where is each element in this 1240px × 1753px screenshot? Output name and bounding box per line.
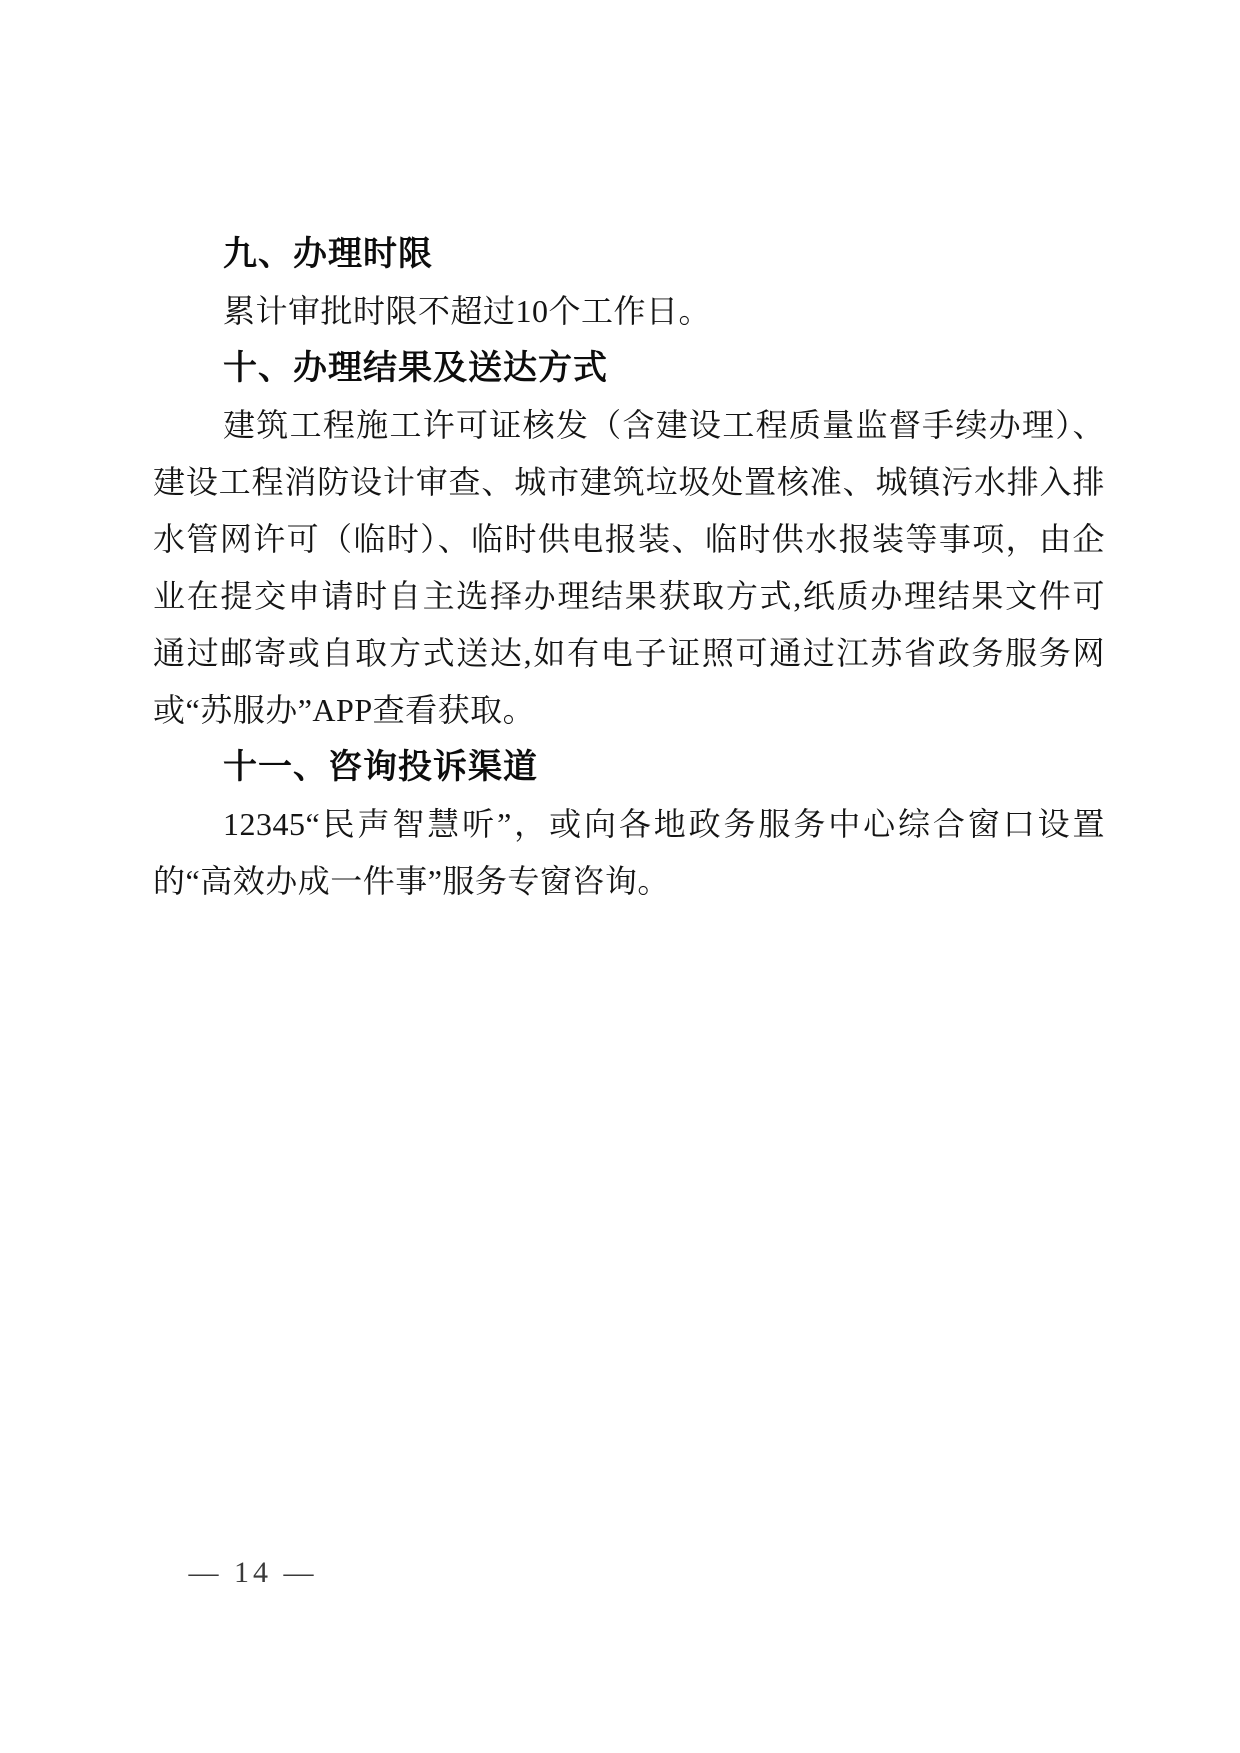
section-heading-11-consult-complaint: 十一、咨询投诉渠道 (153, 739, 1105, 796)
document-page: 九、办理时限 累计审批时限不超过10个工作日。 十、办理结果及送达方式 建筑工程… (0, 0, 1240, 1753)
paragraph-line: 建设工程消防设计审查、城市建筑垃圾处置核准、城镇污水排入排 (153, 454, 1105, 511)
paragraph-line: 业在提交申请时自主选择办理结果获取方式,纸质办理结果文件可 (153, 568, 1105, 625)
paragraph-line: 累计审批时限不超过10个工作日。 (153, 283, 1105, 340)
paragraph-line: 的“高效办成一件事”服务专窗咨询。 (153, 853, 1105, 910)
paragraph-line: 建筑工程施工许可证核发（含建设工程质量监督手续办理）、 (153, 397, 1105, 454)
paragraph-line: 12345“民声智慧听”，或向各地政务服务中心综合窗口设置 (153, 796, 1105, 853)
page-number: — 14 — (153, 1553, 353, 1593)
document-body: 九、办理时限 累计审批时限不超过10个工作日。 十、办理结果及送达方式 建筑工程… (153, 226, 1105, 910)
paragraph-line: 或“苏服办”APP查看获取。 (153, 682, 1105, 739)
section-heading-9-time-limit: 九、办理时限 (153, 226, 1105, 283)
paragraph-line: 水管网许可（临时）、临时供电报装、临时供水报装等事项，由企 (153, 511, 1105, 568)
section-heading-10-result-delivery: 十、办理结果及送达方式 (153, 340, 1105, 397)
paragraph-line: 通过邮寄或自取方式送达,如有电子证照可通过江苏省政务服务网 (153, 625, 1105, 682)
